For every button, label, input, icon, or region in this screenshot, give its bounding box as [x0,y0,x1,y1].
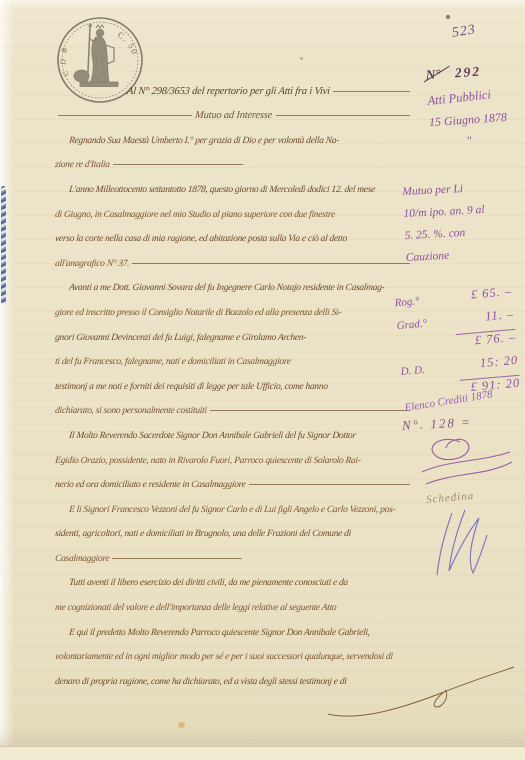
manuscript-text: verso la corte nella casa di mia ragione… [55,234,348,244]
page-edge-bottom [0,726,525,746]
manuscript-text: dichiarato, si sono personalmente costit… [55,406,208,416]
manuscript-text: Il Molto Reverendo Sacerdote Signor Don … [55,431,357,441]
purple-signature-flourish [414,432,519,494]
registration-category: Atti Pubblici [427,84,523,109]
manuscript-line: Il Molto Reverendo Sacerdote Signor Don … [55,416,413,441]
manuscript-text: all'anagrafico N° 37. [55,259,130,269]
ink-rule [58,103,192,116]
ink-rule [113,152,243,165]
manuscript-text: di Giugno, in Casalmaggiore nel mio Stud… [55,210,336,220]
manuscript-line: Regnando Sua Maestà Umberto I.° per graz… [55,121,413,146]
manuscript-line: sidenti, agricoltori, nati e domiciliati… [55,515,413,540]
ink-rule [112,546,242,559]
manuscript-text: Avanti a me Dott. Giovanni Sovara del fu… [55,283,385,293]
manuscript-line: all'anagrafico N° 37. [55,244,413,269]
fee-label: Rog.° [394,295,420,309]
page-edge-top [0,0,525,9]
paper-spot [446,15,450,19]
manuscript-line: me cognizionati del valore e dell'import… [55,588,413,613]
page-number: 523 [451,22,477,42]
ditto-mark: " [466,130,525,149]
manuscript-line: zione re d'Italia [55,146,413,171]
manuscript-text: ti del fu Francesco, falegname, nati e d… [55,357,292,367]
next-page-edge [0,746,525,760]
manuscript-text: E qui il predetto Molto Reverendo Parroc… [55,628,371,638]
binding-thread [1,186,6,304]
manuscript-text: Tutti aventi il libero esercizio dei dir… [55,578,349,588]
manuscript-line: giore ed inscritto presso il Consiglio N… [55,293,413,318]
manuscript-line: Mutuo ad Interesse [55,97,413,122]
fee-label: D. D. [400,364,425,378]
page-edge-left [0,0,14,760]
manuscript-line: Casalmaggiore [55,539,413,564]
manuscript-line: gnori Giovanni Devincenzi del fu Luigi, … [55,318,413,343]
credit-list-number: N°. 128 = [402,414,473,434]
manuscript-line: volontariamente ed in ogni miglior modo … [55,638,413,663]
ink-rule [210,398,410,411]
manuscript-text: denaro di propria ragione, come ha dichi… [55,677,347,687]
manuscript-line: Tutti aventi il libero esercizio dei dir… [55,564,413,589]
manuscript-text: sidenti, agricoltori, nati e domiciliati… [55,529,352,539]
manuscript-line: verso la corte nella casa di mia ragione… [55,220,413,245]
manuscript-line: E qui il predetto Molto Reverendo Parroc… [55,613,413,638]
manuscript-line: di Giugno, in Casalmaggiore nel mio Stud… [55,195,413,220]
registration-number-row: N°292 [425,61,521,84]
manuscript-body: Al N° 298/3653 del repertorio per gli At… [55,72,413,687]
fees-block: Rog.° £ 65. – Grad.° 11. – £ 76. – D. D.… [393,276,521,401]
manuscript-line: Egidio Orazio, possidente, nato in Rivar… [55,441,413,466]
manuscript-text: nerio ed ora domiciliato e residente in … [55,480,246,490]
manuscript-text: Regnando Sua Maestà Umberto I.° per graz… [55,136,340,146]
manuscript-text: giore ed inscritto presso il Consiglio N… [55,308,342,318]
margin-note: Mutuo per Li 10/m ipo. an. 9 al 5. 25. %… [402,175,524,269]
manuscript-text: L'anno Milleottocento settantotto 1878, … [55,185,376,195]
ink-rule [276,103,410,116]
manuscript-line: E li Signori Francesco Vezzoni del fu Si… [55,490,413,515]
pen-flourish [322,662,520,720]
registration-block: N°292 Atti Pubblici 15 Giugno 1878 " [425,61,525,151]
manuscript-text: Al N° 298/3653 del repertorio per gli At… [127,86,331,97]
registration-number: 292 [454,64,481,81]
manuscript-text: gnori Giovanni Devincenzi del fu Luigi, … [55,333,307,343]
manuscript-page: 523 C D B C. 50 Al N° 298/3653 del reper… [0,0,525,760]
manuscript-text: me cognizionati del valore e dell'import… [55,603,337,613]
manuscript-text: Egidio Orazio, possidente, nato in Rivar… [55,456,361,466]
manuscript-text: E li Signori Francesco Vezzoni del fu Si… [55,505,396,515]
manuscript-line: ti del fu Francesco, falegname, nati e d… [55,343,413,368]
manuscript-line: dichiarato, si sono personalmente costit… [55,392,413,417]
paper-spot [300,57,303,60]
svg-text:C. 50: C. 50 [116,29,140,56]
manuscript-text: testimonj a me noti e forniti dei requis… [55,382,329,392]
stamp-denomination: C. 50 [116,29,140,56]
blue-paraph [432,505,504,587]
manuscript-text: volontariamente ed in ogni miglior modo … [55,652,394,662]
manuscript-line: Avanti a me Dott. Giovanni Sovara del fu… [55,269,413,294]
manuscript-line: L'anno Milleottocento settantotto 1878, … [55,170,413,195]
ink-rule [132,251,410,264]
ink-rule [249,472,410,485]
manuscript-line: Al N° 298/3653 del repertorio per gli At… [55,72,413,97]
manuscript-line: testimonj a me noti e forniti dei requis… [55,367,413,392]
registration-date: 15 Giugno 1878 [429,109,525,131]
manuscript-text: zione re d'Italia [55,160,111,170]
manuscript-text: Casalmaggiore [55,554,110,564]
margin-note-line: Cauzione [405,241,524,269]
manuscript-text: Mutuo ad Interesse [195,110,273,121]
ink-rule [333,79,410,92]
manuscript-line: nerio ed ora domiciliato e residente in … [55,466,413,491]
